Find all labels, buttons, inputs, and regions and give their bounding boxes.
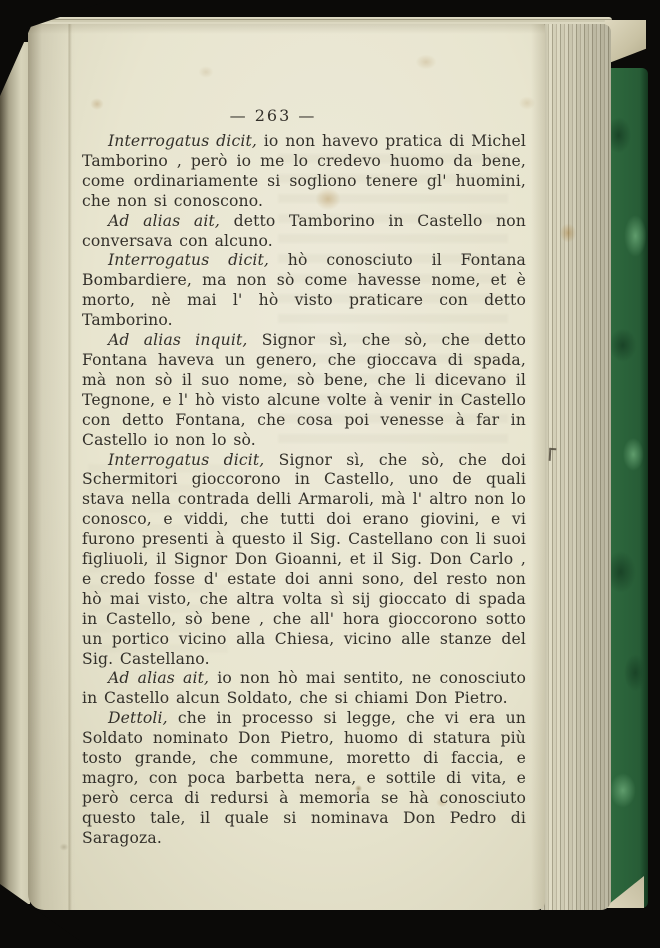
- page-text-block: Interrogatus dicit, io non havevo pratic…: [82, 132, 526, 849]
- paragraph: Interrogatus dicit, Signor sì, che sò, c…: [82, 451, 526, 670]
- foxing-stain: [557, 220, 579, 246]
- paragraph: Dettoli, che in processo si legge, che v…: [82, 709, 526, 848]
- paragraph-lead: Ad alias ait,: [108, 212, 220, 230]
- paragraph: Ad alias ait, detto Tamborino in Castell…: [82, 212, 526, 252]
- book-scan-scene: — 263 — Interrogatus dicit, io non havev…: [0, 0, 660, 948]
- book-cover-green-marbled: [606, 68, 648, 908]
- scanned-page: — 263 — Interrogatus dicit, io non havev…: [28, 24, 545, 910]
- foxing-stain: [196, 64, 216, 80]
- paragraph-body: che in processo si legge, che vi era un …: [82, 709, 526, 846]
- paragraph-lead: Ad alias ait,: [108, 669, 209, 687]
- paragraph: Ad alias ait, io non hò mai sentito, ne …: [82, 669, 526, 709]
- paragraph: Ad alias inquit, Signor sì, che sò, che …: [82, 331, 526, 450]
- foxing-stain: [58, 842, 70, 852]
- paragraph-lead: Interrogatus dicit,: [108, 451, 264, 469]
- fore-edge-page-stack: [541, 24, 611, 910]
- page-number: — 263 —: [58, 106, 488, 125]
- paragraph-lead: Interrogatus dicit,: [108, 132, 257, 150]
- ink-mark: [549, 448, 557, 461]
- paragraph: Interrogatus dicit, io non havevo pratic…: [82, 132, 526, 212]
- paragraph-lead: Interrogatus dicit,: [108, 251, 269, 269]
- gutter-neighbor-page-edge: [0, 42, 30, 904]
- foxing-stain: [516, 94, 538, 112]
- foxing-stain: [412, 52, 440, 72]
- paragraph: Interrogatus dicit, hò conosciuto il Fon…: [82, 251, 526, 331]
- paragraph-lead: Ad alias inquit,: [108, 331, 248, 349]
- paragraph-lead: Dettoli,: [108, 709, 168, 727]
- paragraph-body: Signor sì, che sò, che doi Schermitori g…: [82, 451, 526, 668]
